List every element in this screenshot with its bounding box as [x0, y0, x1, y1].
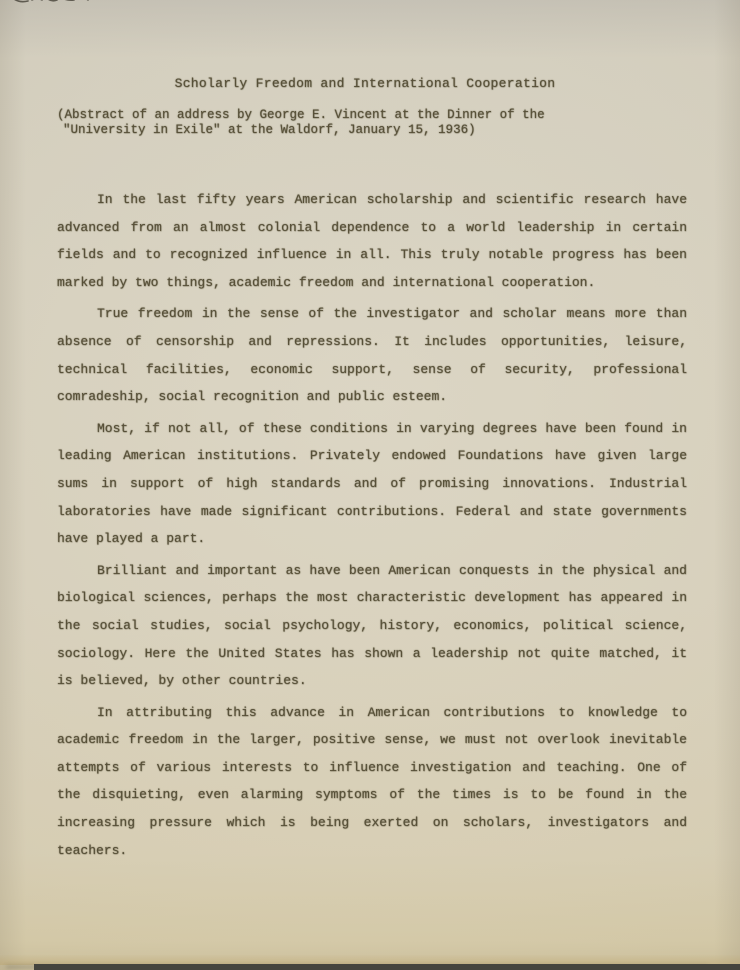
scan-right-edge-shading — [714, 0, 740, 970]
subtitle-line-2: "University in Exile" at the Waldorf, Ja… — [57, 123, 697, 138]
paragraph: Most, if not all, of these conditions in… — [57, 415, 687, 553]
subtitle-line-1: (Abstract of an address by George E. Vin… — [57, 108, 697, 123]
document-body: In the last fifty years American scholar… — [57, 186, 687, 864]
scanned-document-page: Scholarly Freedom and International Coop… — [0, 0, 740, 970]
paragraph: Brilliant and important as have been Ame… — [57, 557, 687, 695]
paragraph: In the last fifty years American scholar… — [57, 186, 687, 296]
scan-bottom-dark-edge — [34, 964, 740, 970]
scan-top-shading — [0, 0, 740, 58]
paragraph: True freedom in the sense of the investi… — [57, 300, 687, 410]
scan-left-edge-shading — [0, 0, 26, 970]
cropped-handwriting-mark — [8, 0, 128, 8]
document-subtitle: (Abstract of an address by George E. Vin… — [57, 108, 697, 138]
document-title: Scholarly Freedom and International Coop… — [57, 76, 673, 91]
paragraph: In attributing this advance in American … — [57, 699, 687, 865]
